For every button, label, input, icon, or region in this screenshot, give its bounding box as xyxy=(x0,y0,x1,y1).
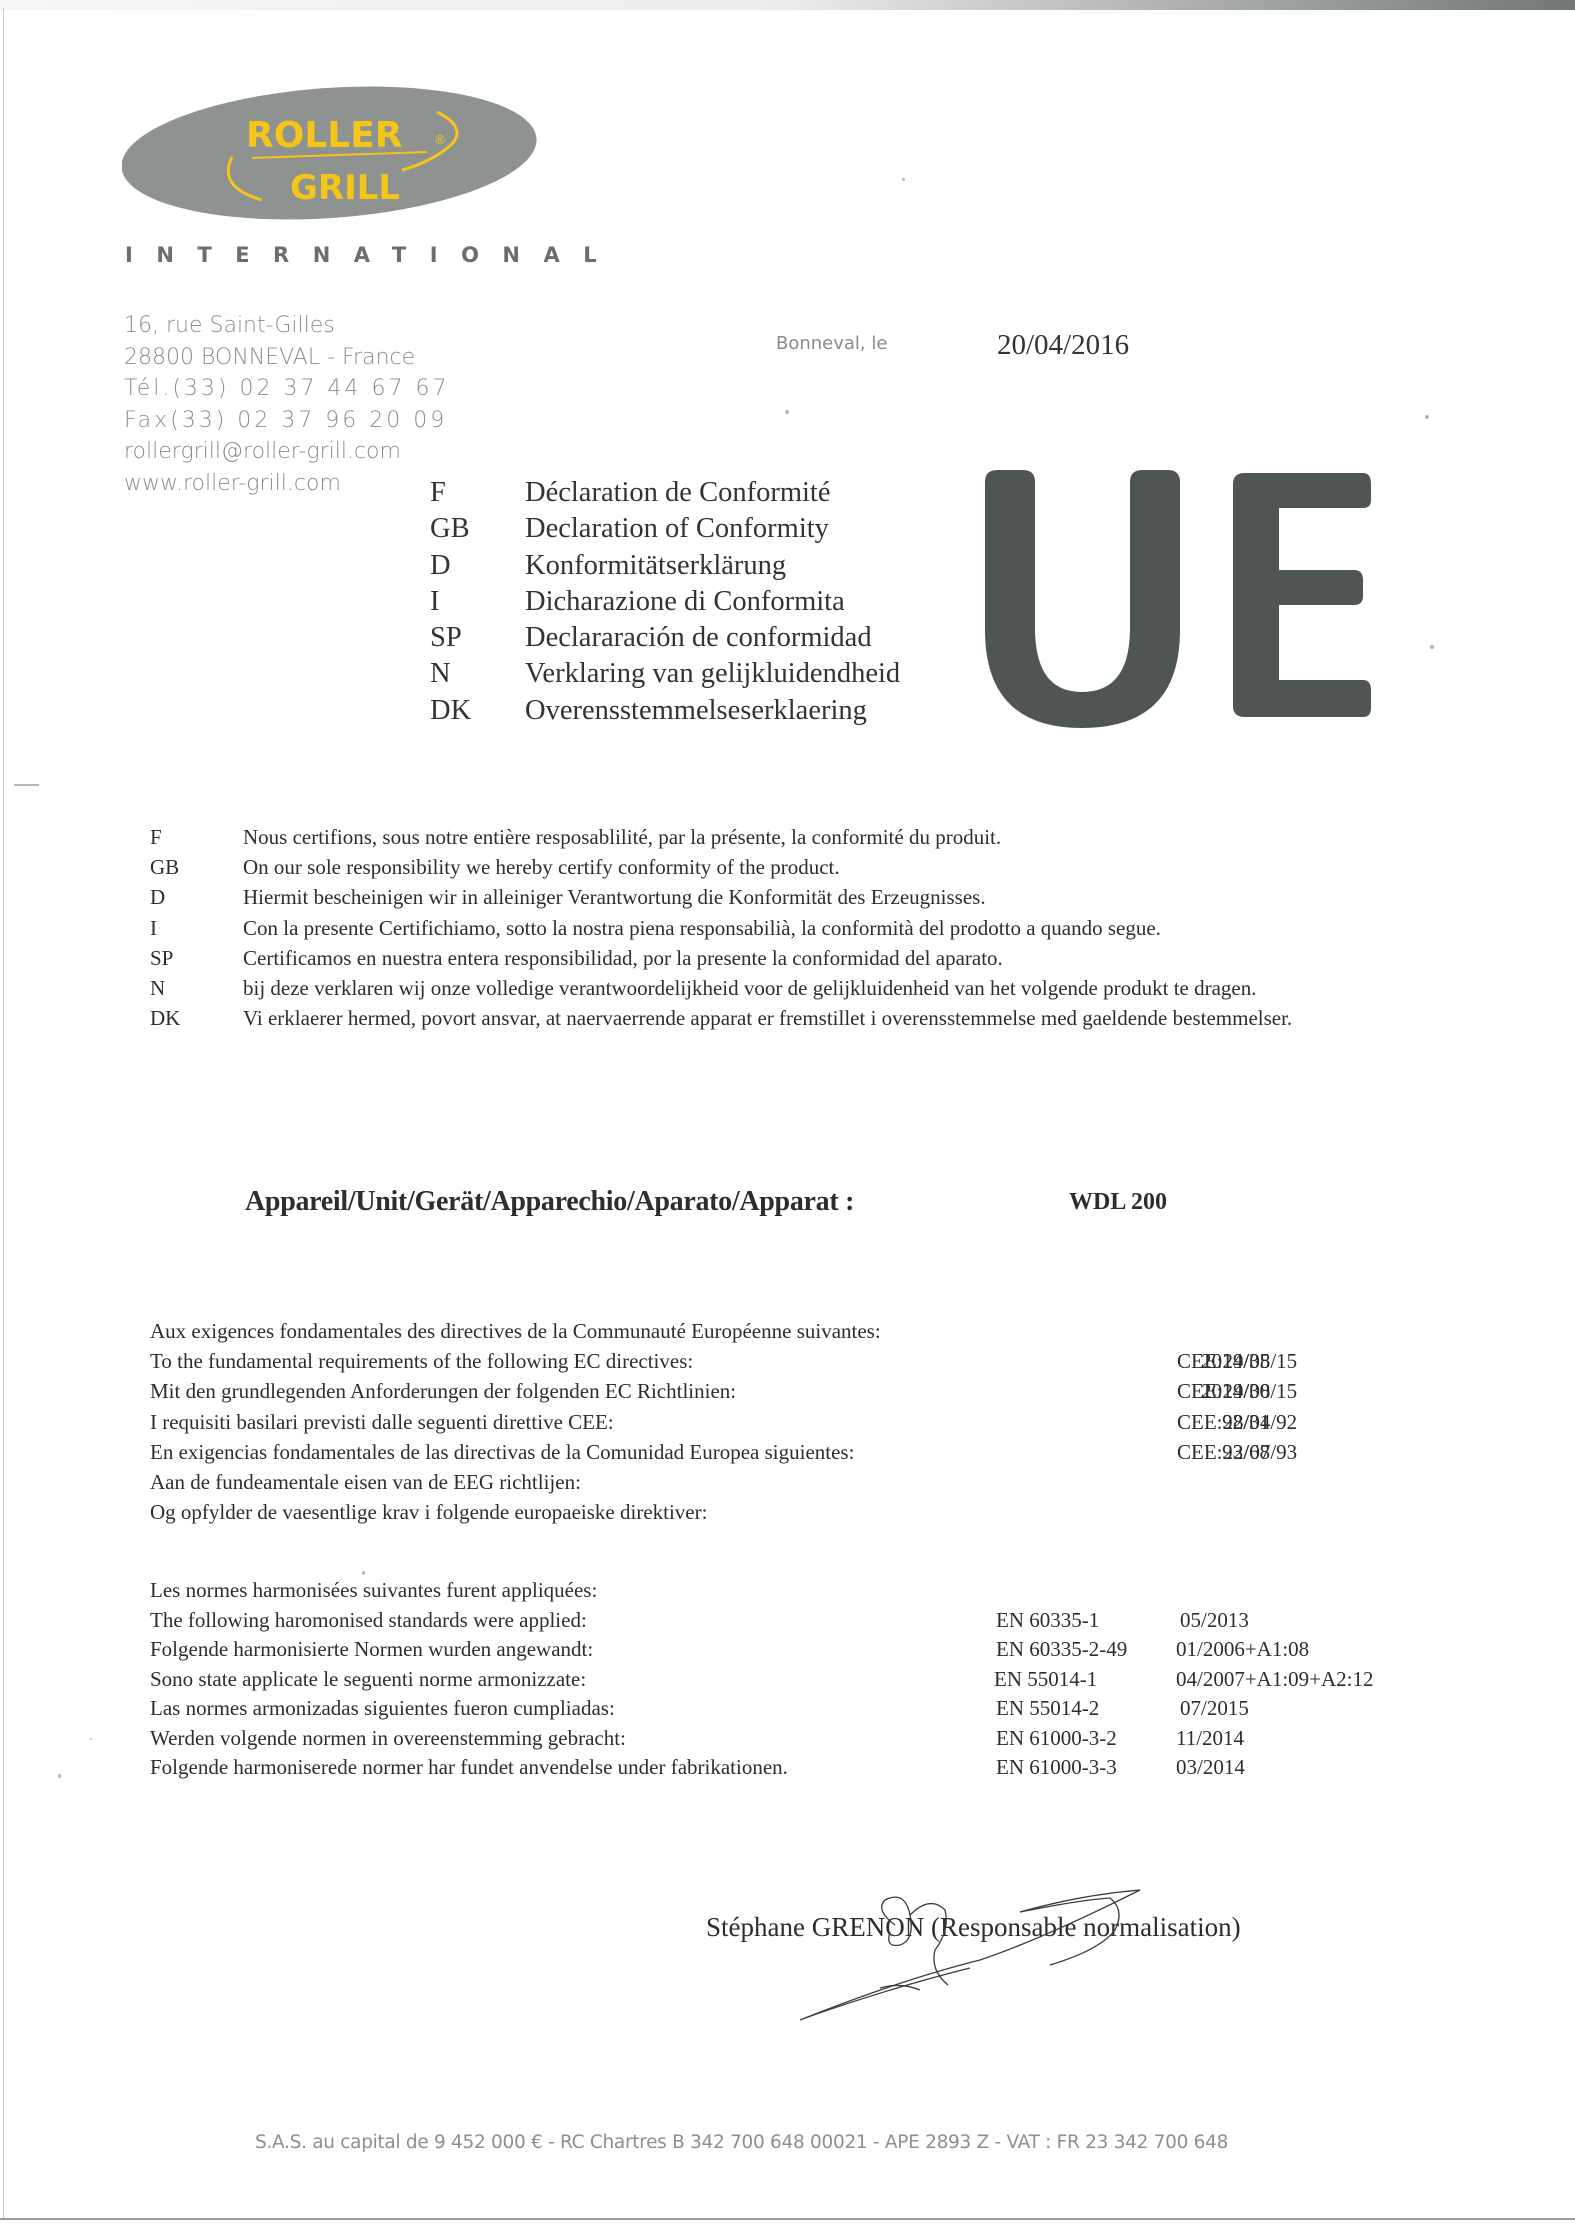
logo-tagline: INTERNATIONAL xyxy=(125,243,620,267)
certification-statements: FNous certifions, sous notre entière res… xyxy=(150,822,1498,1033)
standard-version: 01/2006+A1:08 xyxy=(1176,1635,1309,1665)
standard-code: EN 61000-3-2 xyxy=(996,1724,1117,1754)
roller-grill-logo: ROLLER GRILL ® xyxy=(122,82,542,227)
standard-code: EN 60335-1 xyxy=(996,1606,1099,1636)
standard-text: Sono state applicate le seguenti norme a… xyxy=(150,1667,586,1691)
address-email: rollergrill@roller-grill.com xyxy=(124,436,449,468)
cert-row: DKVi erklaerer hermed, povort ansvar, at… xyxy=(150,1003,1498,1033)
title-text: Konformitätserklärung xyxy=(525,548,786,584)
directive-text: Aan de fundeamentale eisen van de EEG ri… xyxy=(150,1470,581,1494)
directive-text: Mit den grundlegenden Anforderungen der … xyxy=(150,1379,736,1403)
scan-speck xyxy=(902,178,905,181)
standard-row: Werden volgende normen in overeenstemmin… xyxy=(150,1724,788,1754)
ue-mark xyxy=(985,470,1385,728)
cert-row: ICon la presente Certifichiamo, sotto la… xyxy=(150,913,1498,943)
scan-speck xyxy=(58,1774,61,1778)
lang-code: DK xyxy=(150,1003,243,1033)
scan-speck xyxy=(1430,645,1434,649)
lang-code: GB xyxy=(430,511,525,547)
scan-edge-bottom xyxy=(0,2218,1575,2220)
cert-row: SPCertificamos en nuestra entera respons… xyxy=(150,943,1498,973)
standard-row: Las normes armonizadas siguientes fueron… xyxy=(150,1694,788,1724)
directive-row: To the fundamental requirements of the f… xyxy=(150,1346,881,1376)
standard-text: Folgende harmonisierte Normen wurden ang… xyxy=(150,1637,593,1661)
standard-version: 03/2014 xyxy=(1176,1753,1245,1783)
standard-row: Les normes harmonisées suivantes furent … xyxy=(150,1576,788,1606)
logo-line1: ROLLER xyxy=(246,115,403,156)
document-date: 20/04/2016 xyxy=(997,329,1129,362)
company-legal-footer: S.A.S. au capital de 9 452 000 € - RC Ch… xyxy=(255,2132,1228,2153)
standard-row: Folgende harmonisierte Normen wurden ang… xyxy=(150,1635,788,1665)
cert-row: GBOn our sole responsibility we hereby c… xyxy=(150,852,1498,882)
cert-text: Certificamos en nuestra entera responsib… xyxy=(243,943,1443,973)
standard-version: 04/2007+A1:09+A2:12 xyxy=(1176,1665,1374,1695)
directive-row: I requisiti basilari previsti dalle segu… xyxy=(150,1407,881,1437)
lang-code: SP xyxy=(430,620,525,656)
scan-speck xyxy=(785,410,789,414)
standard-code: EN 61000-3-3 xyxy=(996,1753,1117,1783)
standard-row: The following haromonised standards were… xyxy=(150,1606,788,1636)
margin-mark xyxy=(14,784,39,786)
directive-text: I requisiti basilari previsti dalle segu… xyxy=(150,1410,614,1434)
address-street: 16, rue Saint-Gilles xyxy=(124,310,449,342)
address-web: www.roller-grill.com xyxy=(124,468,449,500)
title-row: DKonformitätserklärung xyxy=(430,548,900,584)
title-text: Déclaration de Conformité xyxy=(525,475,830,511)
scan-speck xyxy=(90,1738,92,1740)
lang-code: N xyxy=(430,656,525,692)
declaration-titles: FDéclaration de Conformité GBDeclaration… xyxy=(430,475,900,729)
lang-code: I xyxy=(150,913,243,943)
standard-version: 07/2015 xyxy=(1180,1694,1249,1724)
address-tel: Tél.(33) 02 37 44 67 67 xyxy=(124,373,449,405)
logo-line2: GRILL xyxy=(290,168,400,208)
standard-row: Folgende harmoniserede normer har fundet… xyxy=(150,1753,788,1783)
title-row: GBDeclaration of Conformity xyxy=(430,511,900,547)
cert-text: Hiermit bescheinigen wir in alleiniger V… xyxy=(243,882,1443,912)
standard-code: EN 55014-2 xyxy=(996,1694,1099,1724)
standard-text: The following haromonised standards were… xyxy=(150,1608,587,1632)
standard-row: Sono state applicate le seguenti norme a… xyxy=(150,1665,788,1695)
directive-row: Mit den grundlegenden Anforderungen der … xyxy=(150,1376,881,1406)
directive-text: To the fundamental requirements of the f… xyxy=(150,1349,693,1373)
cert-text: Nous certifions, sous notre entière resp… xyxy=(243,822,1443,852)
lang-code: D xyxy=(150,882,243,912)
lang-code: DK xyxy=(430,693,525,729)
place-label: Bonneval, le xyxy=(776,333,887,354)
title-text: Declaration of Conformity xyxy=(525,511,829,547)
directive-cee-date: CEE:22/07/93 xyxy=(1177,1437,1297,1467)
title-text: Dicharazione di Conformita xyxy=(525,584,845,620)
lang-code: I xyxy=(430,584,525,620)
standard-text: Folgende harmoniserede normer har fundet… xyxy=(150,1755,788,1779)
address-city: 28800 BONNEVAL - France xyxy=(124,342,449,374)
standard-code: EN 55014-1 xyxy=(994,1665,1097,1695)
lang-code: SP xyxy=(150,943,243,973)
scan-edge-top xyxy=(0,0,1575,10)
standard-version: 05/2013 xyxy=(1180,1606,1249,1636)
lang-code: F xyxy=(150,822,243,852)
title-text: Overensstemmelseserklaering xyxy=(525,693,867,729)
directives-block: Aux exigences fondamentales des directiv… xyxy=(150,1316,881,1527)
directive-text: Og opfylder de vaesentlige krav i folgen… xyxy=(150,1500,707,1524)
unit-label: Appareil/Unit/Gerät/Apparechio/Aparato/A… xyxy=(245,1186,854,1218)
title-row: NVerklaring van gelijkluidendheid xyxy=(430,656,900,692)
company-address: 16, rue Saint-Gilles 28800 BONNEVAL - Fr… xyxy=(124,310,449,499)
address-fax: Fax(33) 02 37 96 20 09 xyxy=(124,405,449,437)
standard-code: EN 60335-2-49 xyxy=(996,1635,1127,1665)
directive-text: Aux exigences fondamentales des directiv… xyxy=(150,1319,881,1343)
cert-row: DHiermit bescheinigen wir in alleiniger … xyxy=(150,882,1498,912)
scan-speck xyxy=(362,1571,365,1575)
cert-text: Con la presente Certifichiamo, sotto la … xyxy=(243,913,1443,943)
title-row: FDéclaration de Conformité xyxy=(430,475,900,511)
unit-model: WDL 200 xyxy=(1069,1189,1167,1216)
registered-mark: ® xyxy=(434,133,446,147)
lang-code: D xyxy=(430,548,525,584)
directive-row: Og opfylder de vaesentlige krav i folgen… xyxy=(150,1497,881,1527)
directive-cee-date: CEE:28/04/92 xyxy=(1177,1407,1297,1437)
title-row: DKOverensstemmelseserklaering xyxy=(430,693,900,729)
cert-text: On our sole responsibility we hereby cer… xyxy=(243,852,1443,882)
cert-row: Nbij deze verklaren wij onze volledige v… xyxy=(150,973,1498,1003)
cert-text: Vi erklaerer hermed, povort ansvar, at n… xyxy=(243,1003,1493,1033)
cert-text: bij deze verklaren wij onze volledige ve… xyxy=(243,973,1498,1003)
directive-text: En exigencias fondamentales de las direc… xyxy=(150,1440,854,1464)
scan-edge-left xyxy=(3,8,4,2218)
directive-row: Aux exigences fondamentales des directiv… xyxy=(150,1316,881,1346)
directive-cee-date: CEE:29/08/15 xyxy=(1177,1346,1297,1376)
standard-text: Les normes harmonisées suivantes furent … xyxy=(150,1578,597,1602)
directive-row: Aan de fundeamentale eisen van de EEG ri… xyxy=(150,1467,881,1497)
standard-text: Las normes armonizadas siguientes fueron… xyxy=(150,1696,615,1720)
title-text: Declararación de conformidad xyxy=(525,620,872,656)
standards-block: Les normes harmonisées suivantes furent … xyxy=(150,1576,788,1783)
title-row: SPDeclararación de conformidad xyxy=(430,620,900,656)
title-text: Verklaring van gelijkluidendheid xyxy=(525,656,900,692)
title-row: IDicharazione di Conformita xyxy=(430,584,900,620)
lang-code: N xyxy=(150,973,243,1003)
directive-cee-date: CEE:29/08/15 xyxy=(1177,1376,1297,1406)
scan-speck xyxy=(1425,415,1429,419)
standard-text: Werden volgende normen in overeenstemmin… xyxy=(150,1726,626,1750)
standard-version: 11/2014 xyxy=(1176,1724,1244,1754)
lang-code: GB xyxy=(150,852,243,882)
cert-row: FNous certifions, sous notre entière res… xyxy=(150,822,1498,852)
lang-code: F xyxy=(430,475,525,511)
directive-row: En exigencias fondamentales de las direc… xyxy=(150,1437,881,1467)
handwritten-signature xyxy=(780,1870,1180,2040)
